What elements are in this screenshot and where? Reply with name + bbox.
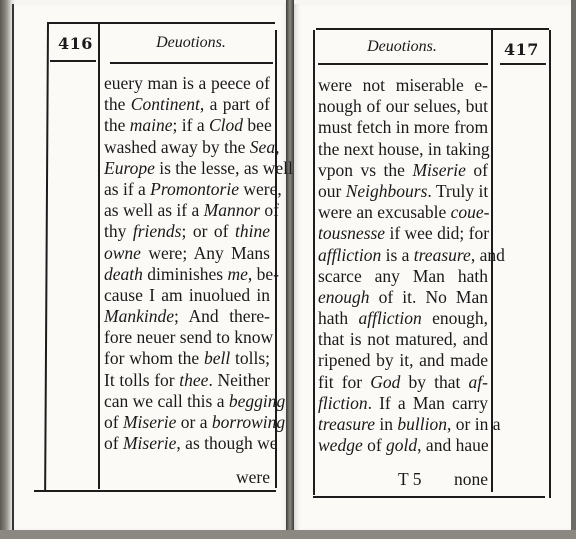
text-line: were an excusable coue- [318, 202, 488, 223]
text-line: owne were; Any Mans [104, 243, 270, 264]
left-head-rule [110, 62, 273, 64]
text-line: of Miserie or a borrowing [104, 412, 270, 433]
text-line: as well as if a Mannor of [104, 200, 270, 221]
text-line: hath affliction enough, [318, 308, 488, 329]
right-bottom-rule [313, 496, 545, 498]
text-line: scarce any Man hath [318, 266, 488, 287]
text-line: fore neuer send to know [104, 327, 270, 348]
left-bottom-rule [34, 490, 276, 492]
text-line: Europe is the lesse, as well [104, 158, 270, 179]
text-line: were not miserable e- [318, 75, 488, 96]
right-head-rule [318, 63, 488, 65]
catchword-left: were [104, 467, 270, 488]
right-outer-rule [549, 30, 551, 498]
text-line: Mankinde; And there- [104, 306, 270, 327]
text-line: that is not matured, and [318, 329, 488, 350]
catchword-right: none [454, 469, 488, 490]
text-line: vpon vs the Miserie of [318, 160, 488, 181]
left-margin-rule [98, 24, 100, 489]
text-line: ripened by it, and made [318, 350, 488, 371]
right-top-rule [316, 28, 549, 30]
text-line: It tolls for thee. Neither [104, 370, 270, 391]
running-head-right: Deuotions. [316, 38, 488, 56]
running-head-left: Deuotions. [108, 34, 274, 52]
text-line: cause I am inuolued in [104, 285, 270, 306]
page-edge-bottom [0, 530, 576, 539]
book-gutter [286, 0, 294, 539]
text-line: must fetch in more from [318, 117, 488, 138]
text-line: as if a Promontorie were, [104, 179, 270, 200]
text-line: our Neighbours. Truly it [318, 181, 488, 202]
text-line: for whom the bell tolls; [104, 348, 270, 369]
text-line: treasure in bullion, or in a [318, 414, 488, 435]
text-line: affliction is a treasure, and [318, 245, 488, 266]
text-line: the next house, in taking [318, 139, 488, 160]
left-page-text: euery man is a peece ofthe Continent, a … [104, 73, 270, 454]
text-line: euery man is a peece of [104, 73, 270, 94]
page-number-left: 416 [58, 34, 93, 53]
text-line: the maine; if a Clod bee [104, 115, 270, 136]
left-folio-rule [50, 60, 96, 62]
signature-mark: T 5 [398, 469, 422, 490]
text-line: thy friends; or of thine [104, 221, 270, 242]
text-line: wedge of gold, and haue [318, 435, 488, 456]
page-number-right: 417 [504, 40, 539, 59]
text-line: death diminishes me, be- [104, 264, 270, 285]
page-edge [571, 0, 576, 539]
right-page-text: were not miserable e-nough of our selues… [318, 75, 488, 456]
text-line: the Continent, a part of [104, 94, 270, 115]
text-line: washed away by the Sea, [104, 137, 270, 158]
open-book: 416 Deuotions. euery man is a peece ofth… [0, 0, 576, 539]
signature-line: T 5 none [318, 469, 488, 490]
text-line: enough of it. No Man [318, 287, 488, 308]
text-line: of Miserie, as though we [104, 433, 270, 454]
text-line: tousnesse if wee did; for [318, 223, 488, 244]
text-line: nough of our selues, but [318, 96, 488, 117]
left-top-rule [48, 22, 275, 24]
text-line: fliction. If a Man carry [318, 393, 488, 414]
right-folio-rule [500, 63, 546, 65]
right-text-left-rule [313, 30, 315, 495]
text-line: can we call this a begging [104, 391, 270, 412]
text-line: fit for God by that af- [318, 372, 488, 393]
